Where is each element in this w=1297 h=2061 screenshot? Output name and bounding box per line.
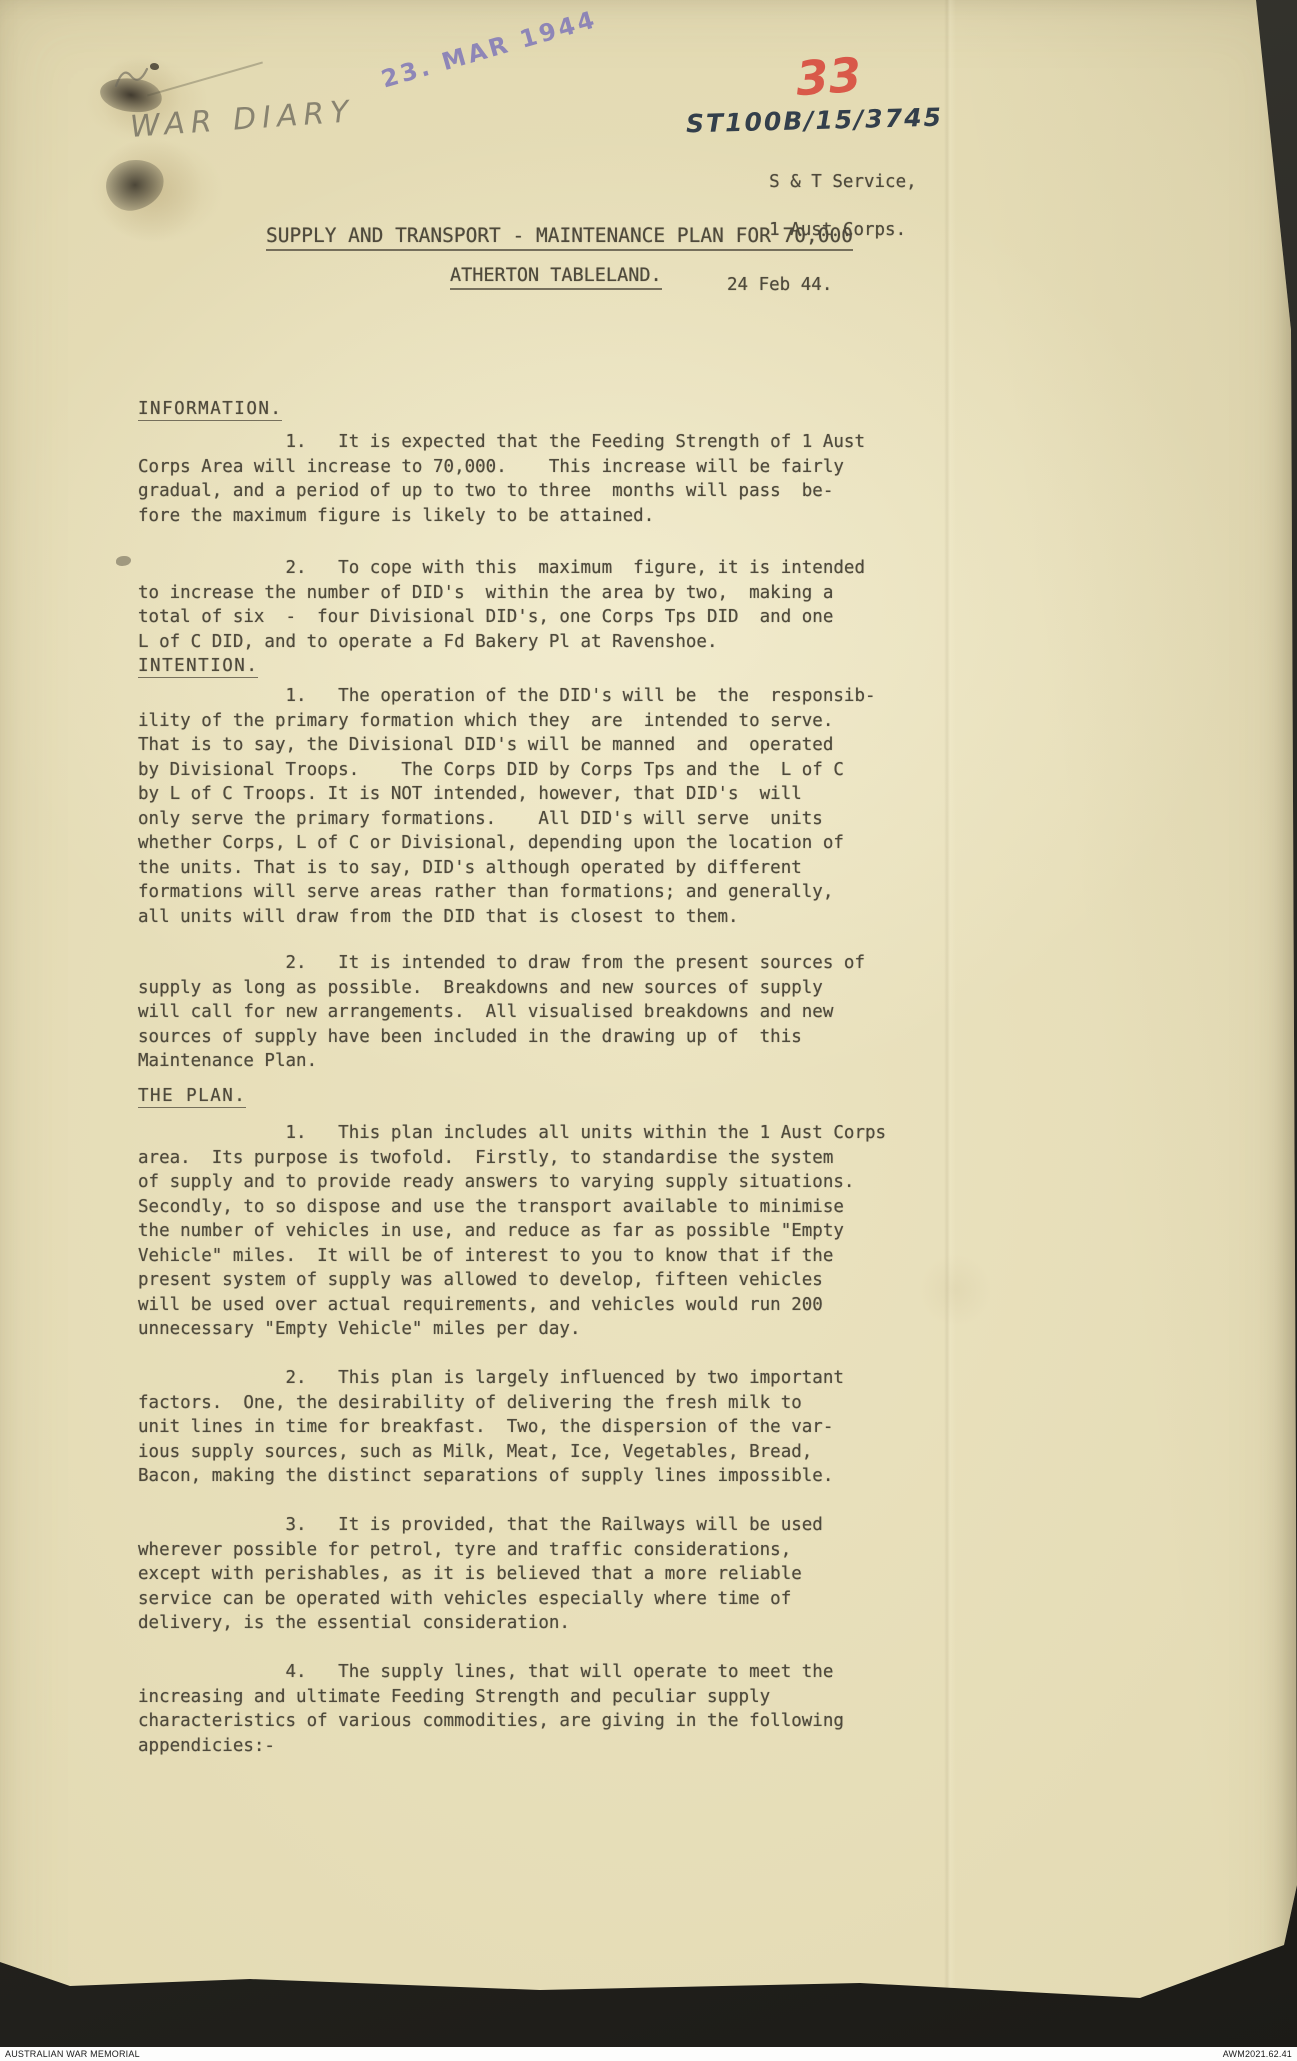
archive-reference: AWM2021.62.41 bbox=[1223, 2049, 1292, 2059]
document-title: SUPPLY AND TRANSPORT - MAINTENANCE PLAN … bbox=[266, 224, 853, 251]
section-heading-intention: INTENTION. bbox=[138, 656, 258, 678]
section-heading-the-plan: THE PLAN. bbox=[138, 1086, 246, 1108]
paragraph: 1. This plan includes all units within t… bbox=[138, 1121, 886, 1342]
unit-line-1: S & T Service, bbox=[769, 172, 917, 192]
paragraph: 2. It is intended to draw from the prese… bbox=[138, 951, 865, 1074]
paragraph: 1. It is expected that the Feeding Stren… bbox=[138, 430, 865, 528]
document-date: 24 Feb 44. bbox=[727, 273, 917, 297]
page-number-annotation: 33 bbox=[794, 48, 863, 107]
paragraph: 2. This plan is largely influenced by tw… bbox=[138, 1366, 844, 1489]
paragraph: 3. It is provided, that the Railways wil… bbox=[138, 1513, 823, 1636]
document-subtitle: ATHERTON TABLELAND. bbox=[450, 265, 662, 290]
scanned-document-page: WAR DIARY 23. MAR 1944 33 ST100B/15/3745… bbox=[0, 0, 1297, 2061]
paragraph: 2. To cope with this maximum figure, it … bbox=[138, 556, 865, 654]
section-heading-information: INFORMATION. bbox=[138, 399, 282, 421]
archive-name: AUSTRALIAN WAR MEMORIAL bbox=[5, 2049, 140, 2059]
archive-footer-bar: AUSTRALIAN WAR MEMORIAL AWM2021.62.41 bbox=[0, 2047, 1297, 2061]
pencil-squiggle bbox=[110, 60, 152, 96]
paragraph: 1. The operation of the DID's will be th… bbox=[138, 684, 876, 929]
paragraph: 4. The supply lines, that will operate t… bbox=[138, 1660, 844, 1758]
